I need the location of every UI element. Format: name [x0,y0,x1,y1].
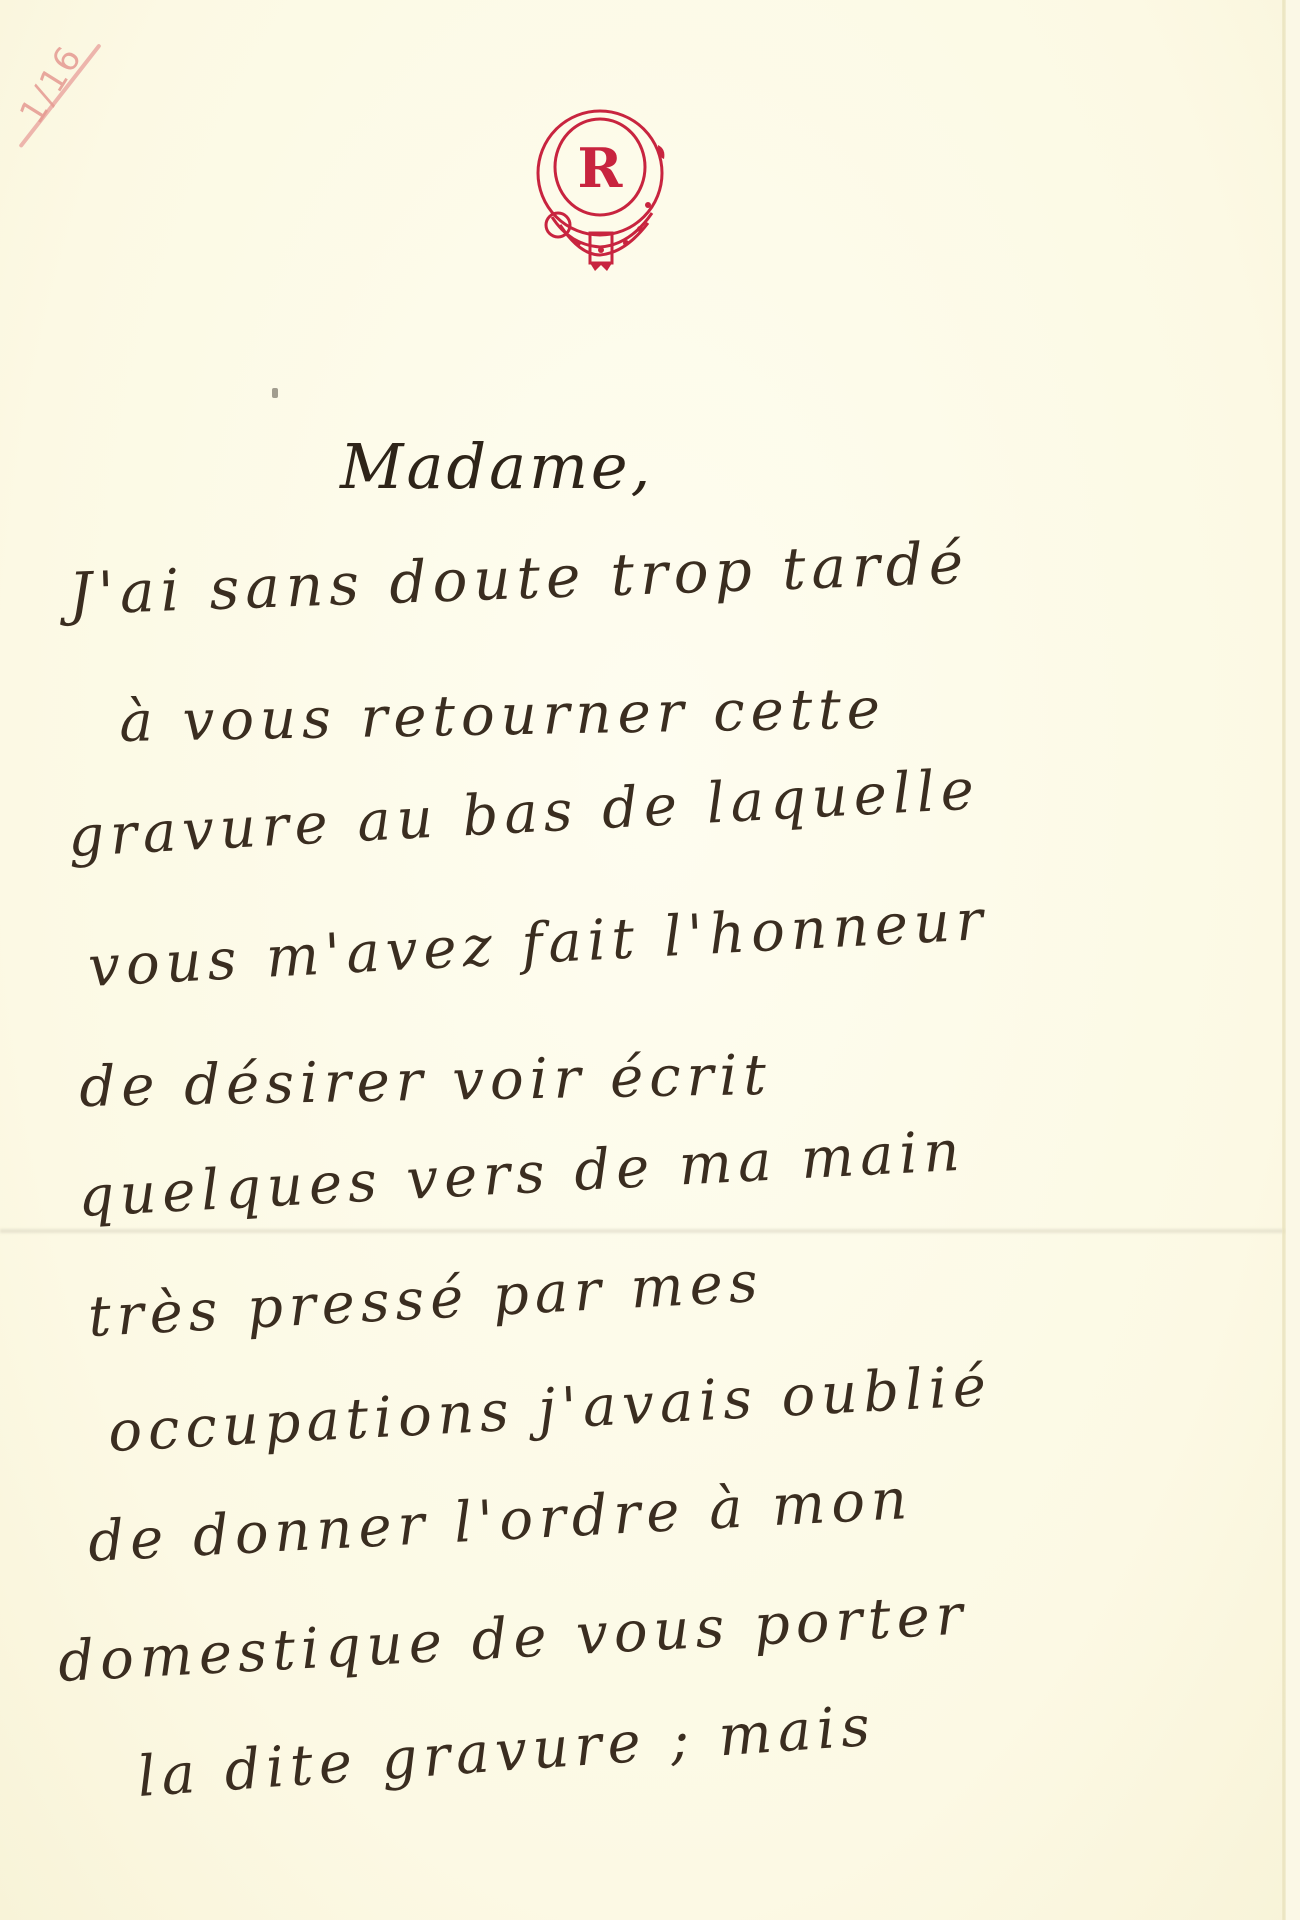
letter-line-3: gravure au bas de laquelle [67,757,982,870]
horizontal-fold-line [0,1228,1290,1234]
letter-line-10: domestique de vous porter [57,1582,970,1695]
letter-line-6: quelques vers de ma main [77,1119,967,1230]
letter-page: 1/16 R Madame, J'ai sa [0,0,1300,1920]
salutation: Madame, [340,430,653,503]
ink-speck [272,388,278,398]
letter-line-9: de donner l'ordre à mon [87,1467,915,1575]
belt-crest-icon: R [530,105,680,275]
letter-line-4: vous m'avez fait l'honneur [87,888,991,1000]
pencil-annotation: 1/16 [12,38,91,131]
crest-monogram: R [578,136,624,200]
letter-line-5: de désirer voir écrit [79,1043,772,1120]
letter-line-2: à vous retourner cette [119,677,887,755]
letter-line-1: J'ai sans doute trop tardé [68,529,971,628]
letter-line-7: très pressé par mes [87,1250,765,1350]
page-margin-strip [1286,0,1300,1920]
letter-line-8: occupations j'avais oublié [107,1354,994,1465]
letter-line-11: la dite gravure ; mais [135,1694,877,1810]
